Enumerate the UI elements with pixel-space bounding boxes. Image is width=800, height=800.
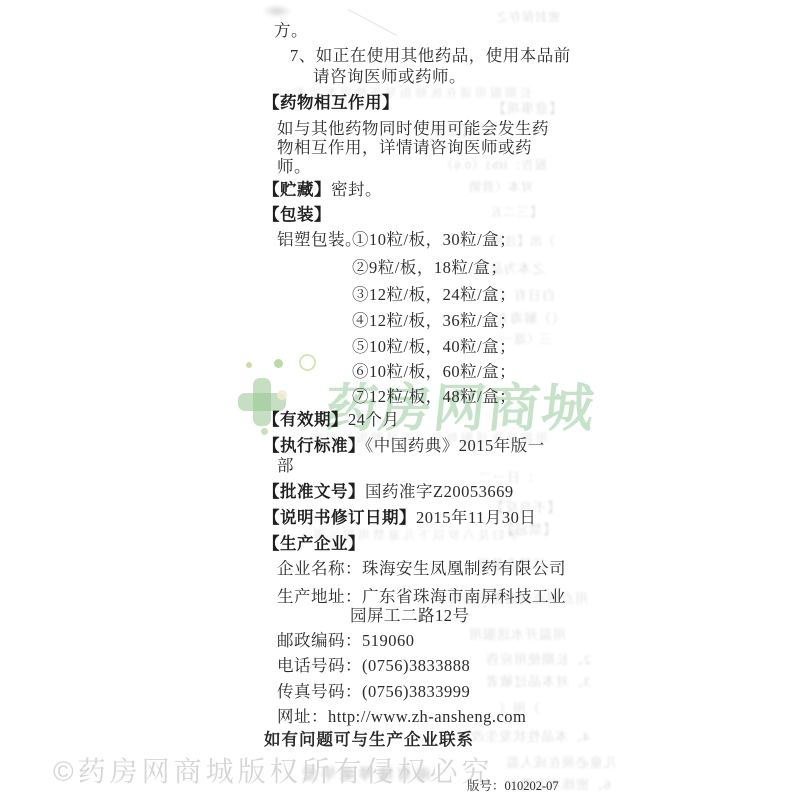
address-line2: 园屏工二路12号 — [350, 607, 470, 624]
standard-value-line1: 《中国药典》2015年版一 — [365, 436, 545, 455]
package-item: ④12粒/板，36粒/盒； — [352, 312, 516, 329]
storage-line: 【贮藏】密封。 — [263, 181, 382, 198]
package-item: ①10粒/板，30粒/盒； — [352, 231, 516, 248]
package-item: ③12粒/板，24粒/盒； — [352, 286, 516, 303]
scan-smudge — [262, 4, 292, 18]
watermark-ring-icon — [299, 354, 316, 371]
package-item: ⑤10粒/板，40粒/盒； — [352, 338, 516, 355]
bleed-through-text: 报告：Hb1（0.6） — [440, 156, 547, 173]
approval-line: 【批准文号】国药准字Z20053669 — [263, 483, 514, 500]
bleed-through-text: 儿童必须在成人监 — [505, 752, 617, 771]
address-label: 生产地址： — [277, 587, 362, 606]
address-value-line1: 广东省珠海市南屏科技工业 — [362, 587, 566, 606]
phone-value: (0756)3833888 — [362, 656, 470, 675]
package-item: ⑥10粒/板，60粒/盒； — [352, 363, 516, 380]
section-header-manufacturer: 【生产企业】 — [263, 535, 365, 552]
fax-label: 传真号码： — [277, 682, 362, 701]
postcode-label: 邮政编码： — [277, 631, 362, 650]
phone-label: 电话号码： — [277, 656, 362, 675]
bleed-through-text: 【三二五 — [490, 203, 542, 220]
watermark-dot-icon — [274, 359, 283, 368]
watermark-dot-icon — [277, 390, 287, 400]
bleed-through-text: 密封保存之 — [495, 8, 560, 25]
interaction-text-line2: 物相互作用，详情请咨询医师或药 — [277, 139, 532, 156]
company-name-label: 企业名称： — [277, 559, 362, 578]
bleed-through-text: 4、本品性状发生改 — [470, 726, 590, 745]
website-label: 网址： — [277, 707, 328, 726]
fax-value: (0756)3833999 — [362, 682, 470, 701]
revision-date-line: 【说明书修订日期】2015年11月30日 — [263, 509, 536, 526]
scanned-drug-leaflet-page: 密封保存之 长期服用请在医师指导下使用本品者 【意事项】 （三【注意 报告：Hb… — [0, 0, 800, 800]
bleed-through-text: 用温开水送服用 — [468, 624, 566, 643]
bleed-through-text: 3、对本品过敏者 — [485, 671, 591, 690]
validity-value: 24个月 — [348, 410, 400, 429]
watermark-dot-icon — [246, 362, 252, 368]
validity-line: 【有效期】24个月 — [263, 411, 400, 428]
postcode-line: 邮政编码：519060 — [277, 632, 415, 649]
section-header-drug-interaction: 【药物相互作用】 — [263, 94, 399, 111]
standard-value-line2: 部 — [277, 457, 294, 474]
phone-line: 电话号码：(0756)3833888 — [277, 657, 470, 674]
paragraph-tail: 方。 — [274, 22, 308, 39]
fax-line: 传真号码：(0756)3833999 — [277, 683, 470, 700]
bleed-through-text: 2、长期使用应咨 — [485, 649, 591, 668]
website-url: http://www.zh-ansheng.com — [328, 707, 526, 726]
precaution-item-7-line2: 请咨询医师或药师。 — [313, 68, 466, 85]
postcode-value: 519060 — [362, 631, 415, 650]
address-line1: 生产地址：广东省珠海市南屏科技工业 — [277, 588, 566, 605]
package-intro: 铝塑包装。 — [277, 231, 362, 248]
edition-number: 版号：010202-07 — [467, 778, 559, 795]
approval-value: 国药准字Z20053669 — [365, 482, 514, 501]
contact-note: 如有问题可与生产企业联系 — [264, 731, 474, 748]
revision-date-value: 2015年11月30日 — [416, 508, 536, 527]
section-header-standard: 【执行标准】 — [263, 436, 365, 455]
bleed-through-text: 【意事项】 — [492, 98, 562, 117]
standard-line: 【执行标准】《中国药典》2015年版一 — [263, 437, 545, 454]
package-item: ⑦12粒/板，48粒/盒； — [352, 388, 516, 405]
storage-value: 密封。 — [331, 180, 382, 199]
interaction-text-line1: 如与其他药物同时使用可能会发生药 — [277, 120, 549, 137]
interaction-text-line3: 师。 — [277, 158, 311, 175]
scan-scratch-line — [348, 9, 397, 36]
section-header-storage: 【贮藏】 — [263, 180, 331, 199]
bleed-through-text: 对本（营销 — [468, 178, 533, 195]
section-header-validity: 【有效期】 — [263, 410, 348, 429]
watermark-dot-icon — [261, 428, 268, 435]
package-item: ②9粒/板，18粒/盒； — [352, 259, 507, 276]
website-line: 网址：http://www.zh-ansheng.com — [277, 708, 526, 725]
copyright-watermark-text: ©药房网商城版权所有侵权必究 — [53, 750, 494, 790]
precaution-item-7-line1: 7、如正在使用其他药品，使用本品前 — [290, 47, 571, 64]
company-name-value: 珠海安生凤凰制药有限公司 — [362, 559, 566, 578]
section-header-approval-number: 【批准文号】 — [263, 482, 365, 501]
section-header-revision-date: 【说明书修订日期】 — [263, 508, 416, 527]
section-header-package: 【包装】 — [263, 206, 331, 223]
company-name-line: 企业名称：珠海安生凤凰制药有限公司 — [277, 560, 566, 577]
